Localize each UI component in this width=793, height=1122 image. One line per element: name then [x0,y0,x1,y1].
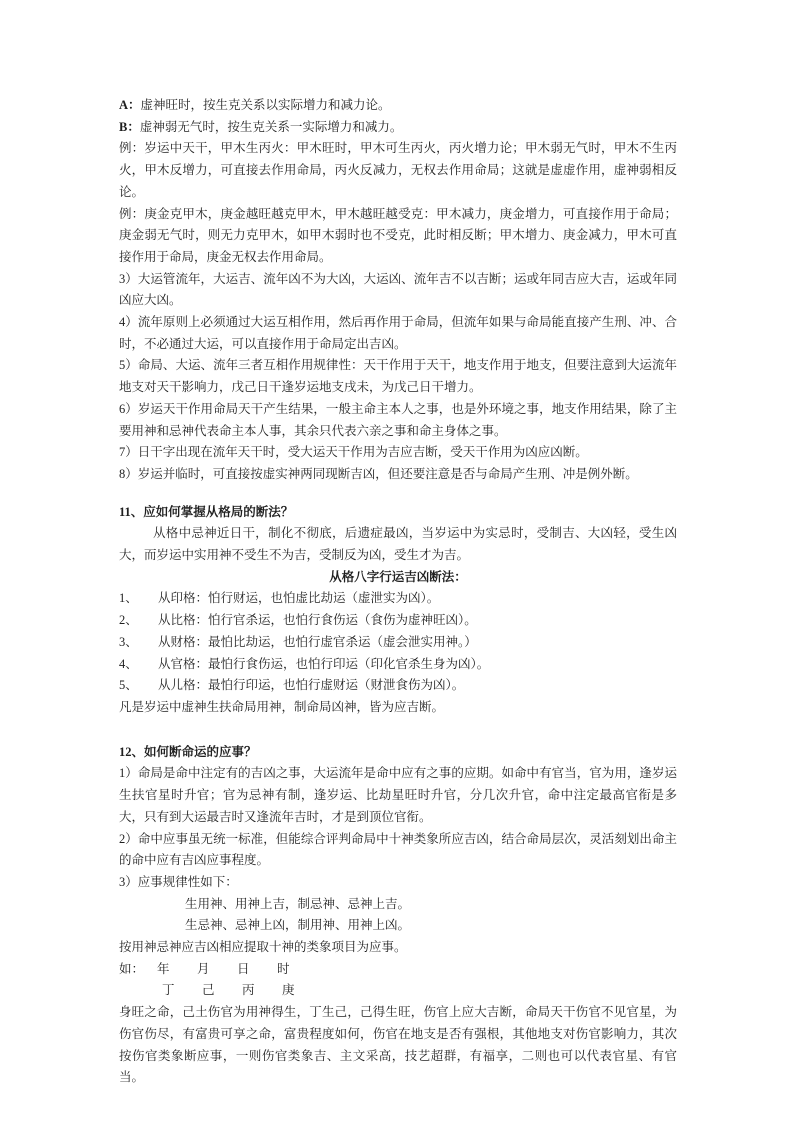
section-12-note: 按用神忌神应吉凶相应提取十神的类象项目为应事。 [119,937,677,959]
list-item-4-text: 从官格：最怕行食伤运，也怕行印运（印化官杀生身为凶）。 [158,657,489,671]
bazi-stem-year: 丁 [162,980,202,1002]
bazi-stem-hour: 庚 [282,980,322,1002]
list-item-2-text: 从比格：怕行官杀运，也怕行食伤运（食伤为虚神旺凶）。 [158,613,477,627]
list-item-4: 4、从官格：最怕行食伤运，也怕行印运（印化官杀生身为凶）。 [119,654,677,676]
section-12-point-3: 3）应事规律性如下： [119,872,677,894]
bazi-pillar-month-header: 月 [197,959,237,981]
section-12-point-2: 2）命中应事虽无统一标准，但能综合评判命局中十神类象所应吉凶，结合命局层次，灵活… [119,829,677,872]
list-item-1-number: 1、 [119,588,144,610]
point-b-label: B： [119,120,140,134]
list-item-1: 1、从印格：怕行财运，也怕虚比劫运（虚泄实为凶）。 [119,588,677,610]
bazi-chart-stems-row: 丁 己 丙 庚 [119,980,677,1002]
section-11-heading: 11、应如何掌握从格局的断法？ [119,502,677,524]
section-12-point-1: 1）命局是命中注定有的吉凶之事，大运流年是命中应有之事的应期。如命中有官当，官为… [119,763,677,828]
list-item-4-number: 4、 [119,654,144,676]
paragraph-point-b: B：虚神弱无气时，按生克关系一实际增力和减力。 [119,117,677,139]
list-item-5-text: 从儿格：最怕行印运，也怕行虚财运（财泄食伤为凶）。 [158,678,464,692]
list-item-3: 3、从财格：最怕比劫运，也怕行虚官杀运（虚会泄实用神。） [119,632,677,654]
bazi-stem-day: 丙 [242,980,282,1002]
point-b-text: 虚神弱无气时，按生克关系一实际增力和减力。 [140,120,403,134]
paragraph-rule-6: 6）岁运天干作用命局天干产生结果，一般主命主本人之事，也是外环境之事，地支作用结… [119,399,677,442]
list-item-2: 2、从比格：怕行官杀运，也怕行食伤运（食伤为虚神旺凶）。 [119,610,677,632]
list-item-1-text: 从印格：怕行财运，也怕虚比劫运（虚泄实为凶）。 [158,591,439,605]
list-item-3-number: 3、 [119,632,144,654]
paragraph-example-2: 例：庚金克甲木，庚金越旺越克甲木，甲木越旺越受克：甲木减力，庚金增力，可直接作用… [119,204,677,269]
section-12-heading: 12、如何断命运的应事？ [119,742,677,764]
paragraph-rule-8: 8）岁运并临时，可直接按虚实神两同现断吉凶，但还要注意是否与命局产生刑、冲是例外… [119,464,677,486]
paragraph-rule-3: 3）大运管流年，大运吉、流年凶不为大凶，大运凶、流年吉不以吉断；运或年同吉应大吉… [119,269,677,312]
section-11-intro: 从格中忌神近日干，制化不彻底，后遗症最凶，当岁运中为实忌时，受制吉、大凶轻，受生… [119,523,677,566]
bazi-pillar-hour-header: 时 [277,959,317,981]
list-item-3-text: 从财格：最怕比劫运，也怕行虚官杀运（虚会泄实用神。） [158,635,477,649]
section-12-analysis: 身旺之命，己土伤官为用神得生，丁生己，己得生旺，伤官上应大吉断，命局天干伤官不见… [119,1002,677,1089]
paragraph-rule-4: 4）流年原则上必须通过大运互相作用，然后再作用于命局，但流年如果与命局能直接产生… [119,312,677,355]
list-item-5-number: 5、 [119,675,144,697]
paragraph-example-1: 例：岁运中天干，甲木生丙火：甲木旺时，甲木可生丙火，丙火增力论；甲木弱无气时，甲… [119,138,677,203]
bazi-pillar-year-header: 年 [157,959,197,981]
section-gap [119,486,677,502]
paragraph-rule-7: 7）日干字出现在流年天干时，受大运天干作用为吉应吉断，受天干作用为凶应凶断。 [119,442,677,464]
point-a-label: A： [119,98,141,112]
section-11-conclusion: 凡是岁运中虚神生扶命局用神，制命局凶神，皆为应吉断。 [119,697,677,719]
bazi-pillar-day-header: 日 [237,959,277,981]
rule-couplet-line-1: 生用神、用神上吉，制忌神、忌神上吉。 [119,894,677,916]
point-a-text: 虚神旺时，按生克关系以实际增力和减力论。 [141,98,391,112]
paragraph-rule-5: 5）命局、大运、流年三者互相作用规律性：天干作用于天干，地支作用于地支，但要注意… [119,355,677,398]
list-item-5: 5、从儿格：最怕行印运，也怕行虚财运（财泄食伤为凶）。 [119,675,677,697]
paragraph-point-a: A：虚神旺时，按生克关系以实际增力和减力论。 [119,95,677,117]
section-gap [119,719,677,742]
section-11-subheading: 从格八字行运吉凶断法： [119,567,677,589]
bazi-stem-month: 己 [202,980,242,1002]
rule-couplet-line-2: 生忌神、忌神上凶，制用神、用神上凶。 [119,915,677,937]
bazi-chart-label: 如： [119,959,157,981]
bazi-chart-header-row: 如： 年 月 日 时 [119,959,677,981]
document-page: A：虚神旺时，按生克关系以实际增力和减力论。 B：虚神弱无气时，按生克关系一实际… [0,0,793,1122]
list-item-2-number: 2、 [119,610,144,632]
bazi-chart-stems-spacer [119,980,162,1002]
